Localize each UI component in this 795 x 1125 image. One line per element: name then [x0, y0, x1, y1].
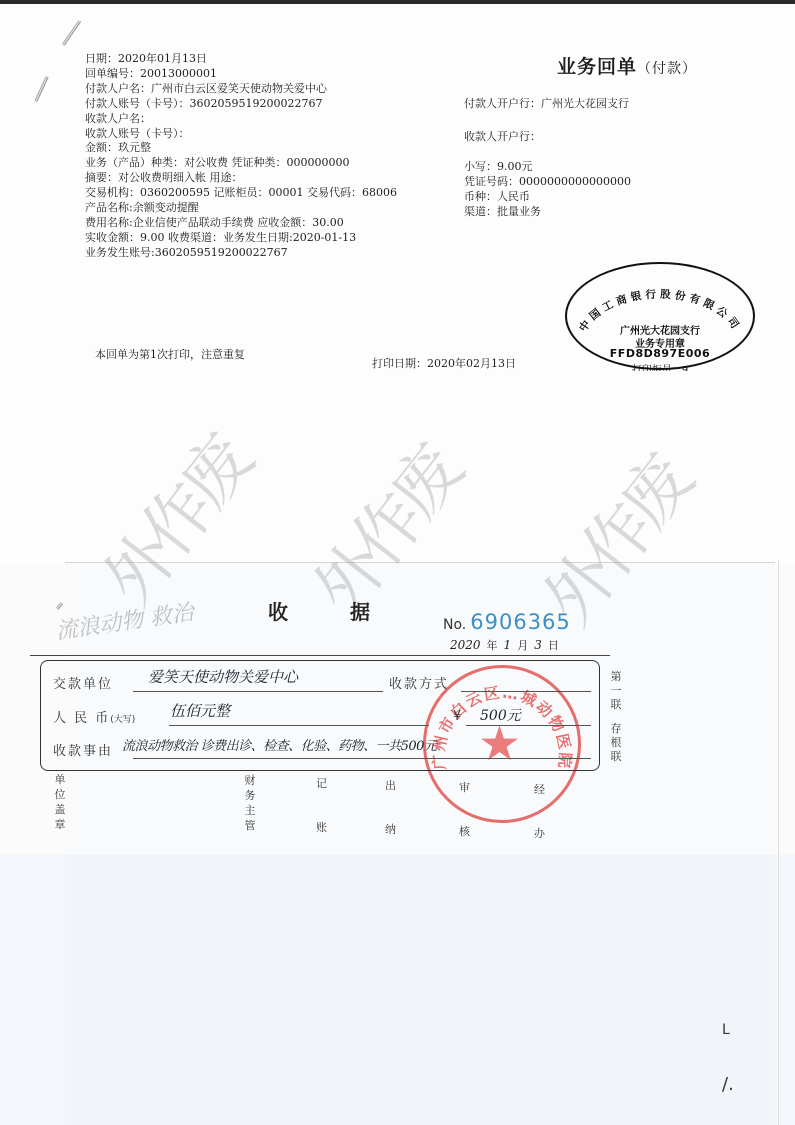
- receipt-title-right: 据: [350, 596, 370, 625]
- field-actual-fee: 实收金额：9.00 收费渠道：业务发生日期:2020-01-13: [85, 231, 397, 246]
- payee-bank: 收款人开户行：: [464, 128, 541, 144]
- slip-title: 业务回单（付款）: [557, 52, 697, 79]
- method-underline: [461, 691, 591, 692]
- slip-title-main: 业务回单: [557, 56, 637, 78]
- sig-unit-seal: 单位盖章: [53, 772, 67, 832]
- payer-bank: 付款人开户行：广州光大花园支行: [464, 95, 629, 111]
- field-product-name: 产品名称:余额变动提醒: [85, 201, 397, 216]
- field-business-account: 业务发生账号:3602059519200022767: [85, 246, 397, 261]
- sig-cashier-bottom: 纳: [385, 822, 396, 837]
- field-amount-figures: 小写：9.00元: [464, 160, 631, 175]
- sig-review-top: 审: [459, 780, 470, 795]
- margin-mark: L: [722, 1022, 730, 1038]
- method-label: 收款方式: [389, 673, 449, 692]
- paper-tint: [0, 855, 795, 1125]
- sig-bookkeeping: 记 账: [316, 776, 330, 836]
- scan-edge: [0, 0, 795, 4]
- field-amount: 金额：玖元整: [85, 141, 397, 156]
- date-day: 3: [534, 638, 542, 652]
- day-unit: 日: [548, 639, 559, 652]
- month-unit: 月: [517, 639, 528, 652]
- paper-edge: [778, 560, 779, 1125]
- field-payer-name: 付款人户名：广州市白云区爱笑天使动物关爱中心: [85, 82, 397, 97]
- sig-finance-manager: 财务主管: [243, 773, 257, 833]
- receipt-number: No.6906365: [443, 610, 571, 634]
- copy-label: 第一联: [609, 670, 623, 712]
- slip-title-sub: （付款）: [637, 61, 697, 77]
- receipt-number-value: 6906365: [470, 610, 571, 634]
- margin-mark: /.: [722, 1074, 734, 1095]
- sig-review: 审 核: [459, 780, 473, 840]
- sig-handler-bottom: 办: [534, 826, 545, 841]
- field-payee-name: 收款人户名：: [85, 112, 397, 127]
- reason-underline: [133, 758, 591, 759]
- rmb-value: 伍佰元整: [170, 700, 230, 721]
- bank-slip-right-fields: 小写：9.00元 凭证号码：0000000000000000 币种：人民币 渠道…: [464, 160, 631, 220]
- print-notice: 本回单为第1次打印，注意重复: [95, 346, 245, 362]
- rmb-underline: [169, 725, 429, 726]
- amount-underline: [466, 725, 591, 726]
- header-rule: [30, 655, 610, 656]
- sig-handler: 经 办: [534, 782, 548, 842]
- sig-cashier: 出 纳: [385, 778, 399, 838]
- sig-cashier-top: 出: [385, 778, 396, 793]
- field-slip-number: 回单编号：20013000001: [85, 67, 397, 82]
- field-voucher-number: 凭证号码：0000000000000000: [464, 175, 631, 190]
- receipt-number-label: No.: [443, 617, 466, 633]
- sig-handler-top: 经: [534, 782, 545, 797]
- field-payee-account: 收款人账号（卡号）：: [85, 127, 397, 142]
- receipt-date: 2020年1月3日: [450, 637, 565, 653]
- year-unit: 年: [487, 639, 498, 652]
- staple-mark: [56, 602, 63, 610]
- field-payer-account: 付款人账号（卡号）：3602059519200022767: [85, 97, 397, 112]
- field-institution: 交易机构：0360200595 记账柜员：00001 交易代码：68006: [85, 186, 397, 201]
- reason-label: 收款事由: [53, 740, 113, 759]
- receipt-title-left: 收: [268, 596, 288, 625]
- print-date: 打印日期：2020年02月13日: [372, 355, 516, 371]
- payer-underline: [133, 691, 383, 692]
- sig-bookkeeping-bottom: 账: [316, 820, 327, 835]
- sig-review-bottom: 核: [459, 824, 470, 839]
- seal-teller: 打印柜员：9: [567, 361, 753, 371]
- rmb-label-small: (大写): [110, 715, 135, 725]
- bank-seal-stamp: 中国工商银行股份有限公司 广州光大花园支行 业务专用章 FFD8D897E006…: [565, 262, 755, 370]
- rmb-label: 人 民 币(大写): [53, 707, 135, 726]
- field-fee-name: 费用名称:企业信使产品联动手续费 应收金额：30.00: [85, 216, 397, 231]
- payer-value: 爱笑天使动物关爱中心: [148, 666, 298, 687]
- field-date: 日期：2020年01月13日: [85, 52, 397, 67]
- field-channel: 渠道：批量业务: [464, 205, 631, 220]
- seal-code: FFD8D897E006: [567, 347, 753, 360]
- reason-value: 流浪动物救治 诊费出诊、检查、化验、药物、一共500元: [122, 735, 436, 754]
- date-year: 2020: [450, 638, 481, 652]
- sig-bookkeeping-top: 记: [316, 776, 327, 791]
- field-business-type: 业务（产品）种类：对公收费 凭证种类：000000000: [85, 156, 397, 171]
- yuan-symbol: ¥: [453, 709, 463, 724]
- amount-value: 500元: [480, 705, 521, 725]
- bank-slip-left-fields: 日期：2020年01月13日 回单编号：20013000001 付款人户名：广州…: [85, 52, 397, 261]
- field-summary: 摘要：对公收费明细入帐 用途：: [85, 171, 397, 186]
- rmb-label-text: 人 民 币: [53, 711, 110, 726]
- stub-label: 存根联: [609, 722, 623, 764]
- payer-label: 交款单位: [53, 673, 113, 692]
- field-currency: 币种：人民币: [464, 190, 631, 205]
- date-month: 1: [504, 638, 512, 652]
